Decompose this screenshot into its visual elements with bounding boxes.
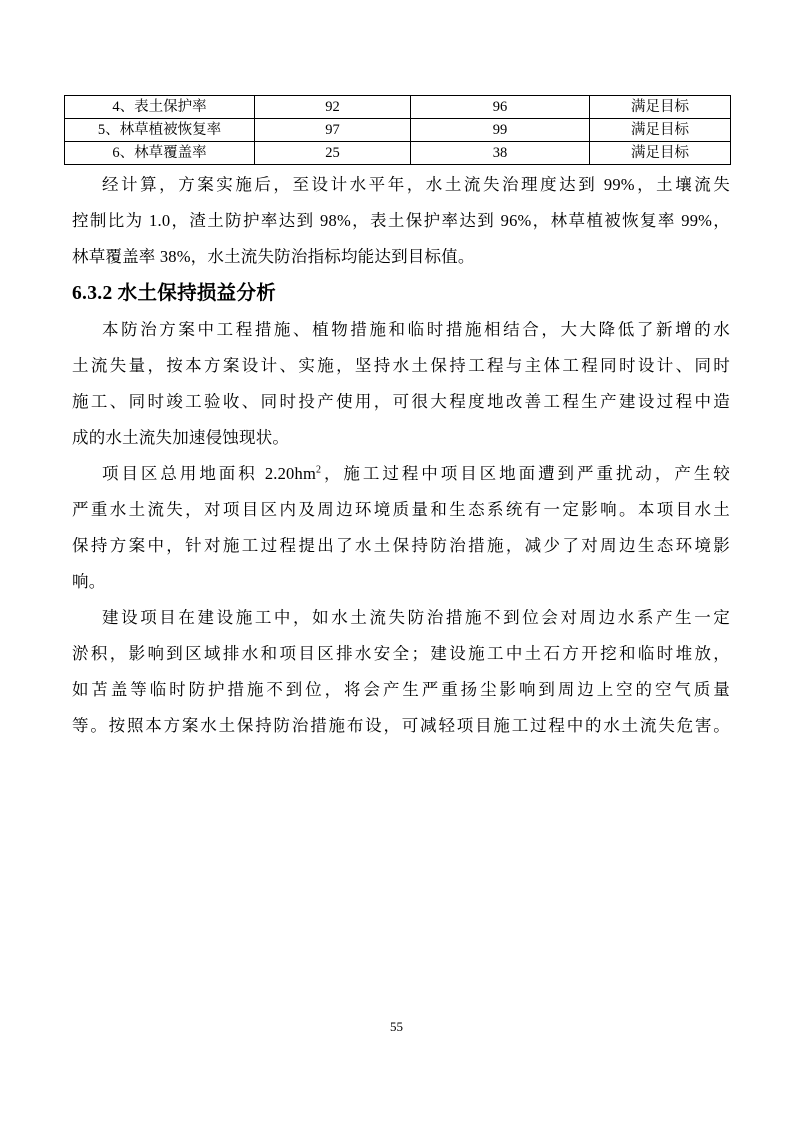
indicator-name-cell: 4、表土保护率 [65, 96, 255, 119]
document-page: 4、表土保护率 92 96 满足目标 5、林草植被恢复率 97 99 满足目标 … [0, 0, 793, 1122]
text-line: 淤积，影响到区域排水和项目区排水安全；建设施工中土石方开挖和临时堆放， [72, 636, 730, 672]
indicator-name-cell: 6、林草覆盖率 [65, 142, 255, 165]
indicator-conclusion-cell: 满足目标 [590, 119, 731, 142]
text-line: 等。按照本方案水土保持防治措施布设，可减轻项目施工过程中的水土流失危害。 [72, 708, 730, 744]
table-row: 4、表土保护率 92 96 满足目标 [65, 96, 731, 119]
text-line: 本防治方案中工程措施、植物措施和临时措施相结合，大大降低了新增的水 [72, 312, 730, 348]
indicator-value-cell: 96 [411, 96, 590, 119]
text-line: 林草覆盖率 38%，水土流失防治指标均能达到目标值。 [72, 239, 730, 275]
indicator-name-cell: 5、林草植被恢复率 [65, 119, 255, 142]
indicator-value-cell: 97 [255, 119, 411, 142]
indicator-value-cell: 92 [255, 96, 411, 119]
text-line: 经计算，方案实施后，至设计水平年，水土流失治理度达到 99%，土壤流失 [72, 167, 730, 203]
text-line: 建设项目在建设施工中，如水土流失防治措施不到位会对周边水系产生一定 [72, 600, 730, 636]
text-line: 施工、同时竣工验收、同时投产使用，可很大程度地改善工程生产建设过程中造 [72, 384, 730, 420]
text-segment: ，施工过程中项目区地面遭到严重扰动，产生较 [321, 464, 730, 483]
indicator-conclusion-cell: 满足目标 [590, 142, 731, 165]
paragraph-measures-benefit: 本防治方案中工程措施、植物措施和临时措施相结合，大大降低了新增的水 土流失量，按… [72, 312, 730, 456]
indicator-table: 4、表土保护率 92 96 满足目标 5、林草植被恢复率 97 99 满足目标 … [64, 95, 731, 165]
indicator-conclusion-cell: 满足目标 [590, 96, 731, 119]
text-line: 响。 [72, 564, 730, 600]
page-number: 55 [0, 1019, 793, 1035]
indicator-value-cell: 99 [411, 119, 590, 142]
text-line: 严重水土流失，对项目区内及周边环境质量和生态系统有一定影响。本项目水土 [72, 492, 730, 528]
paragraph-project-area-impact: 项目区总用地面积 2.20hm2，施工过程中项目区地面遭到严重扰动，产生较 严重… [72, 456, 730, 600]
text-line: 保持方案中，针对施工过程提出了水土保持防治措施，减少了对周边生态环境影 [72, 528, 730, 564]
text-segment: 项目区总用地面积 2.20hm [102, 464, 316, 483]
section-heading: 6.3.2 水土保持损益分析 [72, 278, 730, 310]
table-row: 6、林草覆盖率 25 38 满足目标 [65, 142, 731, 165]
indicator-value-cell: 38 [411, 142, 590, 165]
text-line: 成的水土流失加速侵蚀现状。 [72, 420, 730, 456]
paragraph-calculation-summary: 经计算，方案实施后，至设计水平年，水土流失治理度达到 99%，土壤流失 控制比为… [72, 167, 730, 275]
table-row: 5、林草植被恢复率 97 99 满足目标 [65, 119, 731, 142]
text-line: 如苫盖等临时防护措施不到位，将会产生严重扬尘影响到周边上空的空气质量 [72, 672, 730, 708]
indicator-value-cell: 25 [255, 142, 411, 165]
text-line: 土流失量，按本方案设计、实施，坚持水土保持工程与主体工程同时设计、同时 [72, 348, 730, 384]
text-line: 项目区总用地面积 2.20hm2，施工过程中项目区地面遭到严重扰动，产生较 [72, 456, 730, 492]
text-line: 控制比为 1.0，渣土防护率达到 98%，表土保护率达到 96%，林草植被恢复率… [72, 203, 730, 239]
paragraph-construction-risk: 建设项目在建设施工中，如水土流失防治措施不到位会对周边水系产生一定 淤积，影响到… [72, 600, 730, 744]
